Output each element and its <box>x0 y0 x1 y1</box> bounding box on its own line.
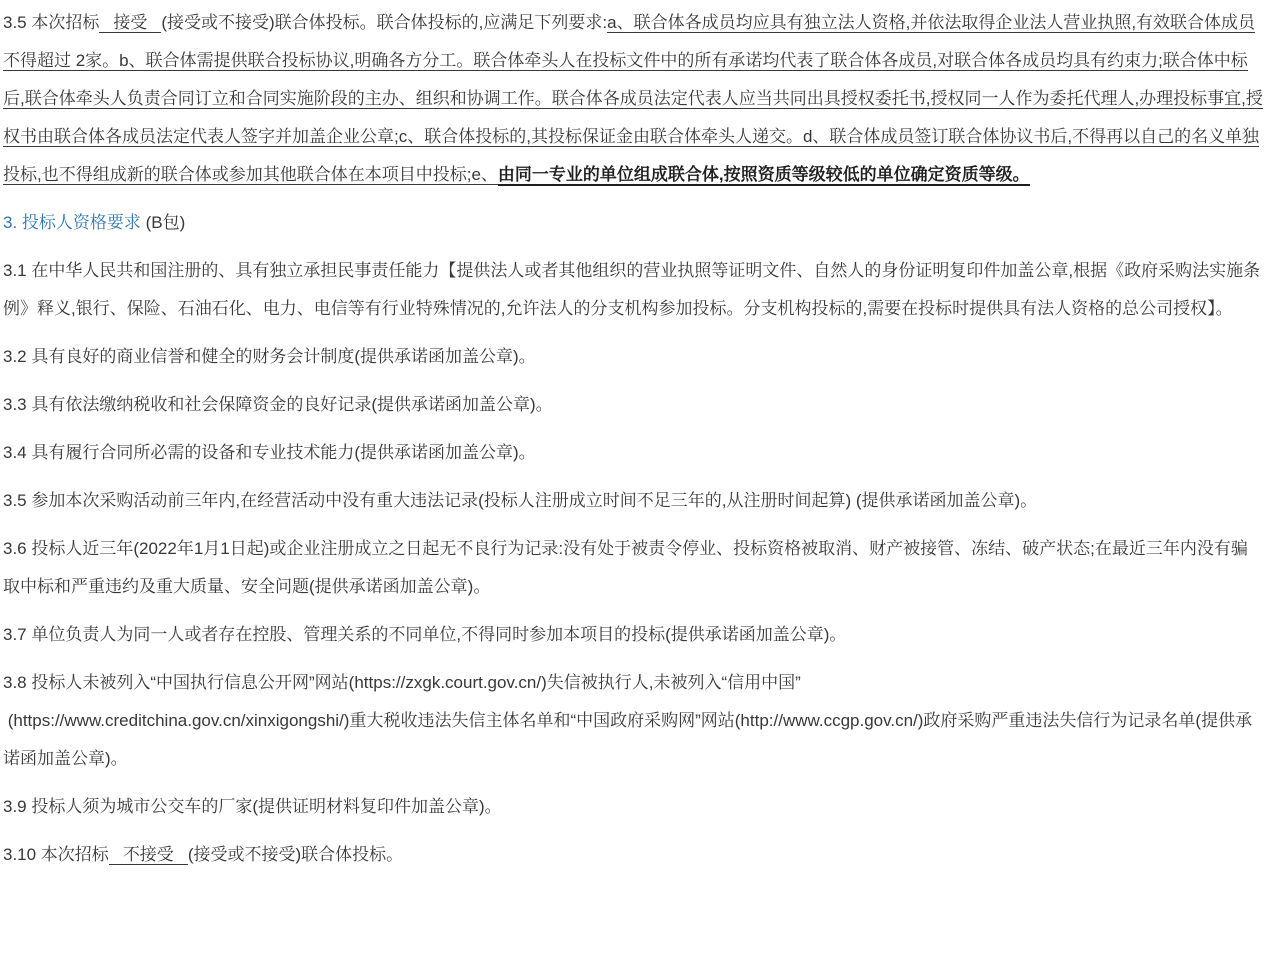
text-segment: 3.5 本次招标 <box>3 13 99 32</box>
clause-3-2: 3.2 具有良好的商业信誉和健全的财务会计制度(提供承诺函加盖公章)。 <box>3 338 1264 376</box>
text-segment: 3.5 参加本次采购活动前三年内,在经营活动中没有重大违法记录(投标人注册成立时… <box>3 491 1037 510</box>
clause-3-10: 3.10 本次招标不接受(接受或不接受)联合体投标。 <box>3 836 1264 874</box>
clause-3-5-no-violation: 3.5 参加本次采购活动前三年内,在经营活动中没有重大违法记录(投标人注册成立时… <box>3 482 1264 520</box>
clause-3-7: 3.7 单位负责人为同一人或者存在控股、管理关系的不同单位,不得同时参加本项目的… <box>3 616 1264 654</box>
clause-3-4: 3.4 具有履行合同所必需的设备和专业技术能力(提供承诺函加盖公章)。 <box>3 434 1264 472</box>
text-segment: 3.6 投标人近三年(2022年1月1日起)或企业注册成立之日起无不良行为记录:… <box>3 539 1248 596</box>
clause-3-9: 3.9 投标人须为城市公交车的厂家(提供证明材料复印件加盖公章)。 <box>3 788 1264 826</box>
text-segment: a、联合体各成员均应具有独立法人资格,并依法取得企业法人营业执照,有效联合体成员… <box>3 13 1263 185</box>
text-segment: (接受或不接受)联合体投标。联合体投标的,应满足下列要求: <box>161 13 607 32</box>
clause-3-5-joint-venture: 3.5 本次招标接受(接受或不接受)联合体投标。联合体投标的,应满足下列要求:a… <box>3 4 1264 194</box>
text-segment: (接受或不接受)联合体投标。 <box>188 845 403 864</box>
text-segment: 3.4 具有履行合同所必需的设备和专业技术能力(提供承诺函加盖公章)。 <box>3 443 536 462</box>
clause-3-3: 3.3 具有依法缴纳税收和社会保障资金的良好记录(提供承诺函加盖公章)。 <box>3 386 1264 424</box>
filled-blank-value: 不接受 <box>109 845 188 865</box>
text-segment: 3.2 具有良好的商业信誉和健全的财务会计制度(提供承诺函加盖公章)。 <box>3 347 536 366</box>
document-body: 3.5 本次招标接受(接受或不接受)联合体投标。联合体投标的,应满足下列要求:a… <box>0 0 1286 898</box>
filled-blank-value: 接受 <box>99 13 161 33</box>
section-heading: 3. 投标人资格要求 <box>3 213 141 232</box>
text-segment: 3.3 具有依法缴纳税收和社会保障资金的良好记录(提供承诺函加盖公章)。 <box>3 395 553 414</box>
text-segment: (B包) <box>141 213 185 232</box>
clause-3-6: 3.6 投标人近三年(2022年1月1日起)或企业注册成立之日起无不良行为记录:… <box>3 530 1264 606</box>
section-heading-bidder-qualification: 3. 投标人资格要求 (B包) <box>3 204 1264 242</box>
text-segment: 3.8 投标人未被列入“中国执行信息公开网”网站(https://zxgk.co… <box>3 673 801 692</box>
text-segment: 由同一专业的单位组成联合体,按照资质等级较低的单位确定资质等级。 <box>498 165 1030 186</box>
text-segment: (https://www.creditchina.gov.cn/xinxigon… <box>3 711 1252 768</box>
text-segment: 3.1 在中华人民共和国注册的、具有独立承担民事责任能力【提供法人或者其他组织的… <box>3 261 1260 318</box>
clause-3-8: 3.8 投标人未被列入“中国执行信息公开网”网站(https://zxgk.co… <box>3 664 1264 778</box>
clause-3-1: 3.1 在中华人民共和国注册的、具有独立承担民事责任能力【提供法人或者其他组织的… <box>3 252 1264 328</box>
text-segment: 3.7 单位负责人为同一人或者存在控股、管理关系的不同单位,不得同时参加本项目的… <box>3 625 846 644</box>
text-segment: 3.10 本次招标 <box>3 845 109 864</box>
text-segment: 3.9 投标人须为城市公交车的厂家(提供证明材料复印件加盖公章)。 <box>3 797 502 816</box>
